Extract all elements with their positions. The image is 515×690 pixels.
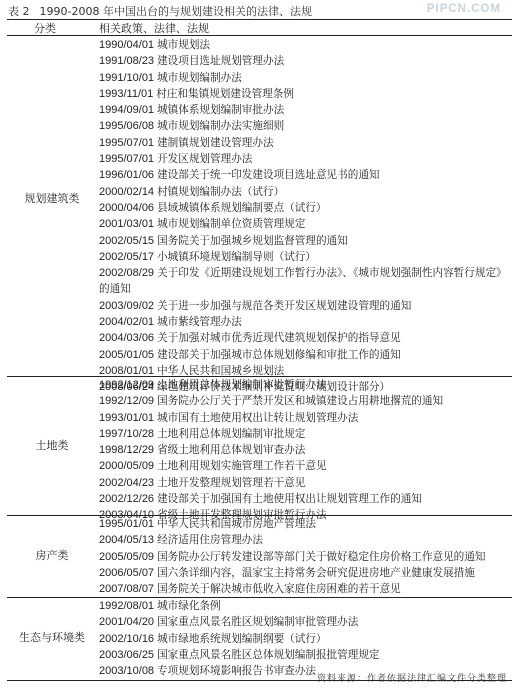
table-row: 2006/05/07国六条详细内容，温家宝主持常务会研究促进房地产业健康发展措施	[99, 565, 514, 581]
row-date: 1990/04/01	[99, 39, 154, 51]
row-title: 国家重点风景名胜区规划编制审批管理办法	[157, 616, 358, 628]
category-group-land: 土地类 1992/12/09土地利用总体规划编制审批暂行办法 1992/12/0…	[7, 377, 512, 515]
row-date: 1991/08/23	[99, 55, 154, 67]
row-title: 关于进一步加强与规范各类开发区规划建设管理的通知	[157, 300, 411, 312]
table-row: 2003/06/25国家重点风景名胜区总体规划编制报批管理规定	[99, 647, 514, 663]
row-title: 城市绿地系统规划编制纲要（试行）	[157, 633, 327, 645]
row-title: 城市规划编制单位资质管理规定	[157, 218, 305, 230]
row-title: 经济适用住房管理办法	[157, 534, 263, 546]
row-date: 1995/07/01	[99, 153, 154, 165]
row-date: 2004/03/06	[99, 332, 154, 344]
row-title: 开发区规划管理办法	[157, 153, 252, 165]
row-title: 村镇规划编制办法（试行）	[157, 186, 284, 198]
table-row: 2004/02/01城市紫线管理办法	[99, 314, 514, 330]
table-row: 1993/11/01村庄和集镇规划建设管理条例	[99, 86, 514, 102]
row-title: 中华人民共和国城市房地产管理法	[157, 518, 316, 530]
row-date: 2000/04/06	[99, 202, 154, 214]
row-list: 1990/04/01城市规划法 1991/08/23建设项目选址规划管理办法 1…	[99, 37, 514, 396]
row-title: 建设部关于加强国有土地使用权出让规划管理工作的通知	[157, 493, 422, 505]
table-title: 1990-2008 年中国出台的与规划建设相关的法律、法规	[40, 5, 312, 18]
category-group-ecology: 生态与环境类 1992/08/01城市绿化条例 2001/04/20国家重点风景…	[7, 598, 512, 680]
table-row: 1990/04/01城市规划法	[99, 37, 514, 53]
row-title: 关于加强对城市优秀近现代建筑规划保护的指导意见	[157, 332, 401, 344]
watermark-logo: PIPCN.COM	[427, 3, 501, 15]
table-top-rule	[7, 19, 512, 20]
table-row: 1991/08/23建设项目选址规划管理办法	[99, 53, 514, 69]
row-date: 1995/06/08	[99, 120, 154, 132]
table-row: 1995/07/01建制镇规划建设管理办法	[99, 135, 514, 151]
table-row: 2004/05/13经济适用住房管理办法	[99, 532, 514, 548]
header-rule	[7, 35, 512, 36]
header-category: 分类	[34, 20, 56, 36]
row-date: 1992/12/09	[99, 379, 154, 391]
row-title: 土地开发整理规划管理若干意见	[157, 477, 305, 489]
header-items: 相关政策、法律、法规	[99, 20, 209, 36]
row-date: 2004/05/13	[99, 534, 154, 546]
category-label: 规划建筑类	[7, 190, 97, 206]
row-title: 国家重点风景名胜区总体规划编制报批管理规定	[157, 649, 379, 661]
row-date: 2002/08/29	[99, 267, 154, 279]
table-row: 1996/01/06建设部关于统一印发建设项目选址意见书的通知	[99, 167, 514, 183]
category-label: 土地类	[7, 437, 97, 453]
table-row: 2005/05/09国务院办公厅转发建设部等部门关于做好稳定住房价格工作意见的通…	[99, 549, 514, 565]
table-row: 1992/12/09土地利用总体规划编制审批暂行办法	[99, 377, 514, 393]
row-title: 国务院关于加强城乡规划监督管理的通知	[157, 235, 348, 247]
table-row: 1998/12/29省级土地利用总体规划审查办法	[99, 442, 514, 458]
table-number: 表 2	[8, 5, 30, 18]
row-title: 建制镇规划建设管理办法	[157, 137, 274, 149]
category-group-planning: 规划建筑类 1990/04/01城市规划法 1991/08/23建设项目选址规划…	[7, 37, 512, 375]
row-title: 城市紫线管理办法	[157, 316, 242, 328]
row-date: 1993/11/01	[99, 88, 153, 100]
row-date: 2002/10/16	[99, 633, 154, 645]
category-label: 房产类	[7, 547, 97, 563]
table-row: 1995/01/01中华人民共和国城市房地产管理法	[99, 516, 514, 532]
row-title: 城市国有土地使用权出让转让规划管理办法	[157, 412, 358, 424]
table-row: 1994/09/01城镇体系规划编制审批办法	[99, 102, 514, 118]
row-date: 1997/10/28	[99, 428, 154, 440]
row-title: 城市规划编制办法	[157, 72, 242, 84]
row-date: 2006/05/07	[99, 567, 154, 579]
table-row: 2002/05/15国务院关于加强城乡规划监督管理的通知	[99, 233, 514, 249]
row-title: 国务院关于解决城市低收入家庭住房困难的若干意见	[157, 583, 401, 595]
row-title: 土地利用总体规划编制审批规定	[157, 428, 305, 440]
category-group-housing: 房产类 1995/01/01中华人民共和国城市房地产管理法 2004/05/13…	[7, 516, 512, 598]
row-title: 专项规划环境影响报告书审查办法	[157, 665, 316, 677]
table-row: 2001/03/01城市规划编制单位资质管理规定	[99, 216, 514, 232]
row-date: 2002/12/26	[99, 493, 154, 505]
table-row: 2005/01/05建设部关于加强城市总体规划修编和审批工作的通知	[99, 347, 514, 363]
row-list: 1995/01/01中华人民共和国城市房地产管理法 2004/05/13经济适用…	[99, 516, 514, 597]
table-row: 2002/04/23土地开发整理规划管理若干意见	[99, 475, 514, 491]
row-title: 小城镇环境规划编制导则（试行）	[157, 251, 316, 263]
row-title: 国六条详细内容，温家宝主持常务会研究促进房地产业健康发展措施	[157, 567, 475, 579]
row-date: 2005/01/05	[99, 349, 154, 361]
row-date: 2001/04/20	[99, 616, 154, 628]
table-row: 2007/08/07国务院关于解决城市低收入家庭住房困难的若干意见	[99, 581, 514, 597]
row-date: 1992/12/09	[99, 395, 154, 407]
row-date: 2004/02/01	[99, 316, 154, 328]
row-date: 1993/01/01	[99, 412, 154, 424]
row-date: 1992/08/01	[99, 600, 154, 612]
row-date: 1994/09/01	[99, 104, 154, 116]
row-list: 1992/08/01城市绿化条例 2001/04/20国家重点风景名胜区规划编制…	[99, 598, 514, 679]
row-date: 2003/09/02	[99, 300, 154, 312]
row-date: 2000/05/09	[99, 460, 154, 472]
table-row: 2000/04/06县域城镇体系规划编制要点（试行）	[99, 200, 514, 216]
row-list: 1992/12/09土地利用总体规划编制审批暂行办法 1992/12/09国务院…	[99, 377, 514, 524]
row-date: 2005/05/09	[99, 551, 154, 563]
table-row: 1997/10/28土地利用总体规划编制审批规定	[99, 426, 514, 442]
row-date: 1995/07/01	[99, 137, 154, 149]
row-date: 2001/03/01	[99, 218, 154, 230]
row-date: 2003/10/08	[99, 665, 154, 677]
table-row: 2003/09/02关于进一步加强与规范各类开发区规划建设管理的通知	[99, 298, 514, 314]
row-date: 1991/10/01	[99, 72, 154, 84]
table-caption: 表 21990-2008 年中国出台的与规划建设相关的法律、法规	[8, 3, 312, 19]
row-title: 国务院办公厅关于严禁开发区和城镇建设占用耕地撂荒的通知	[157, 395, 443, 407]
table-row: 1992/12/09国务院办公厅关于严禁开发区和城镇建设占用耕地撂荒的通知	[99, 393, 514, 409]
table-row: 1993/01/01城市国有土地使用权出让转让规划管理办法	[99, 410, 514, 426]
table-row: 2000/02/14村镇规划编制办法（试行）	[99, 184, 514, 200]
row-title: 城市规划法	[157, 39, 210, 51]
row-date: 2007/08/07	[99, 583, 154, 595]
row-title: 城市绿化条例	[157, 600, 221, 612]
row-title: 建设项目选址规划管理办法	[157, 55, 284, 67]
row-title: 建设部关于加强城市总体规划修编和审批工作的通知	[157, 349, 401, 361]
row-title: 土地利用总体规划编制审批暂行办法	[157, 379, 327, 391]
row-title: 村庄和集镇规划建设管理条例	[156, 88, 294, 100]
row-date: 1996/01/06	[99, 169, 154, 181]
table-row: 1992/08/01城市绿化条例	[99, 598, 514, 614]
row-title: 县域城镇体系规划编制要点（试行）	[157, 202, 327, 214]
row-date: 2003/06/25	[99, 649, 154, 661]
category-label: 生态与环境类	[7, 629, 97, 645]
row-title: 建设部关于统一印发建设项目选址意见书的通知	[157, 169, 379, 181]
row-date: 2002/05/17	[99, 251, 154, 263]
row-date: 1995/01/01	[99, 518, 154, 530]
row-date: 2000/02/14	[99, 186, 154, 198]
table-row: 2002/08/29关于印发《近期建设规划工作暂行办法》、《城市规划强制性内容暂…	[99, 265, 514, 298]
table-row: 2001/04/20国家重点风景名胜区规划编制审批管理办法	[99, 614, 514, 630]
table-row: 1991/10/01城市规划编制办法	[99, 70, 514, 86]
row-date: 1998/12/29	[99, 444, 154, 456]
table-row: 2000/05/09土地利用规划实施管理工作若干意见	[99, 458, 514, 474]
table-row: 1995/07/01开发区规划管理办法	[99, 151, 514, 167]
table-row: 2002/05/17小城镇环境规划编制导则（试行）	[99, 249, 514, 265]
table-row: 1995/06/08城市规划编制办法实施细则	[99, 118, 514, 134]
table-row: 2002/12/26建设部关于加强国有土地使用权出让规划管理工作的通知	[99, 491, 514, 507]
source-note: 资料来源：作者依据法律汇编文件分类整理	[317, 671, 507, 684]
row-date: 2002/04/23	[99, 477, 154, 489]
row-title: 国务院办公厅转发建设部等部门关于做好稳定住房价格工作意见的通知	[157, 551, 485, 563]
row-title: 省级土地利用总体规划审查办法	[157, 444, 305, 456]
table-row: 2002/10/16城市绿地系统规划编制纲要（试行）	[99, 631, 514, 647]
row-date: 2002/05/15	[99, 235, 154, 247]
row-title: 城市规划编制办法实施细则	[157, 120, 284, 132]
row-title: 城镇体系规划编制审批办法	[157, 104, 284, 116]
row-title: 土地利用规划实施管理工作若干意见	[157, 460, 327, 472]
row-title: 关于印发《近期建设规划工作暂行办法》、《城市规划强制性内容暂行规定》的通知	[99, 267, 507, 295]
table-row: 2004/03/06关于加强对城市优秀近现代建筑规划保护的指导意见	[99, 330, 514, 346]
